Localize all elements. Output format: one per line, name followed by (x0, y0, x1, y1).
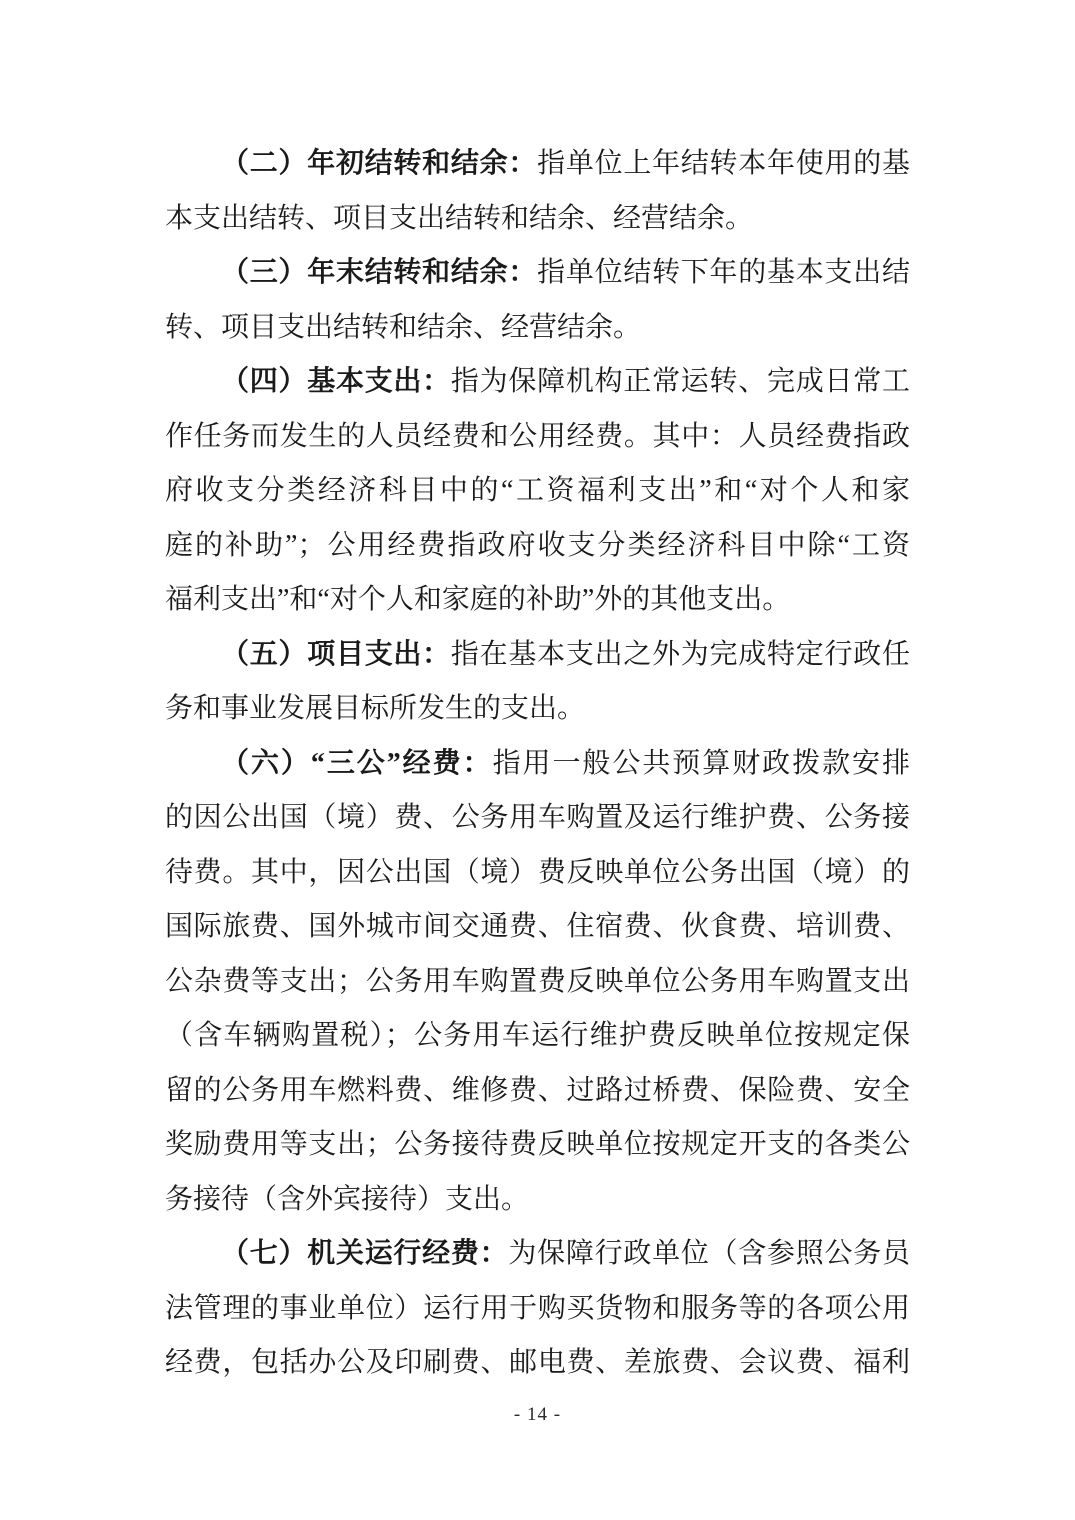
text-line: 作任务而发生的人员经费和公用经费。其中：人员经费指政 (165, 410, 910, 465)
body-segment: 国际旅费、国外城市间交通费、住宿费、伙食费、培训费、 (165, 911, 910, 942)
text-line: 务和事业发展目标所发生的支出。 (165, 682, 910, 737)
text-line: 留的公务用车燃料费、维修费、过路过桥费、保险费、安全 (165, 1064, 910, 1119)
body-segment: 务和事业发展目标所发生的支出。 (165, 693, 585, 724)
text-line: （七）机关运行经费：为保障行政单位（含参照公务员 (165, 1227, 910, 1282)
text-line: （四）基本支出：指为保障机构正常运转、完成日常工 (165, 355, 910, 410)
term-heading: （五）项目支出： (221, 639, 451, 670)
page-footer: - 14 - (0, 1402, 1075, 1428)
body-segment: 留的公务用车燃料费、维修费、过路过桥费、保险费、安全 (165, 1075, 910, 1106)
term-heading: （二）年初结转和结余： (221, 148, 537, 179)
text-line: 奖励费用等支出；公务接待费反映单位按规定开支的各类公 (165, 1118, 910, 1173)
term-heading: （六）“三公”经费： (221, 748, 493, 779)
text-line: 庭的补助”；公用经费指政府收支分类经济科目中除“工资 (165, 519, 910, 574)
body-segment: 指单位上年结转本年使用的基 (537, 148, 910, 179)
text-line: （二）年初结转和结余：指单位上年结转本年使用的基 (165, 137, 910, 192)
text-line: 府收支分类经济科目中的“工资福利支出”和“对个人和家 (165, 464, 910, 519)
body-segment: 的因公出国（境）费、公务用车购置及运行维护费、公务接 (165, 802, 910, 833)
text-line: 的因公出国（境）费、公务用车购置及运行维护费、公务接 (165, 791, 910, 846)
text-line: 本支出结转、项目支出结转和结余、经营结余。 (165, 192, 910, 247)
text-line: 转、项目支出结转和结余、经营结余。 (165, 301, 910, 356)
body-segment: （含车辆购置税）；公务用车运行维护费反映单位按规定保 (165, 1020, 910, 1051)
body-segment: 指单位结转下年的基本支出结 (537, 257, 910, 288)
body-segment: 作任务而发生的人员经费和公用经费。其中：人员经费指政 (165, 421, 910, 452)
term-heading: （四）基本支出： (221, 366, 451, 397)
body-segment: 指为保障机构正常运转、完成日常工 (451, 366, 910, 397)
body-segment: 待费。其中，因公出国（境）费反映单位公务出国（境）的 (165, 857, 910, 888)
body-segment: 公杂费等支出；公务用车购置费反映单位公务用车购置支出 (165, 966, 910, 997)
body-segment: 法管理的事业单位）运行用于购买货物和服务等的各项公用 (165, 1293, 910, 1324)
text-line: （三）年末结转和结余：指单位结转下年的基本支出结 (165, 246, 910, 301)
body-text: （二）年初结转和结余：指单位上年结转本年使用的基本支出结转、项目支出结转和结余、… (165, 137, 910, 1391)
text-line: 国际旅费、国外城市间交通费、住宿费、伙食费、培训费、 (165, 900, 910, 955)
body-segment: 府收支分类经济科目中的“工资福利支出”和“对个人和家 (165, 475, 910, 506)
text-line: （六）“三公”经费：指用一般公共预算财政拨款安排 (165, 737, 910, 792)
body-segment: 转、项目支出结转和结余、经营结余。 (165, 312, 641, 343)
text-line: 福利支出”和“对个人和家庭的补助”外的其他支出。 (165, 573, 910, 628)
body-segment: 为保障行政单位（含参照公务员 (508, 1238, 910, 1269)
body-segment: 奖励费用等支出；公务接待费反映单位按规定开支的各类公 (165, 1129, 910, 1160)
body-segment: 经费，包括办公及印刷费、邮电费、差旅费、会议费、福利 (165, 1347, 910, 1378)
text-line: （五）项目支出：指在基本支出之外为完成特定行政任 (165, 628, 910, 683)
text-line: 经费，包括办公及印刷费、邮电费、差旅费、会议费、福利 (165, 1336, 910, 1391)
body-segment: 指在基本支出之外为完成特定行政任 (451, 639, 910, 670)
body-segment: 福利支出”和“对个人和家庭的补助”外的其他支出。 (165, 584, 790, 615)
page-number: - 14 - (514, 1404, 561, 1425)
text-line: 待费。其中，因公出国（境）费反映单位公务出国（境）的 (165, 846, 910, 901)
text-line: （含车辆购置税）；公务用车运行维护费反映单位按规定保 (165, 1009, 910, 1064)
body-segment: 务接待（含外宾接待）支出。 (165, 1184, 529, 1215)
term-heading: （三）年末结转和结余： (221, 257, 537, 288)
term-heading: （七）机关运行经费： (221, 1238, 508, 1269)
text-line: 公杂费等支出；公务用车购置费反映单位公务用车购置支出 (165, 955, 910, 1010)
body-segment: 庭的补助”；公用经费指政府收支分类经济科目中除“工资 (165, 530, 910, 561)
body-segment: 指用一般公共预算财政拨款安排 (493, 748, 910, 779)
text-line: 务接待（含外宾接待）支出。 (165, 1173, 910, 1228)
text-line: 法管理的事业单位）运行用于购买货物和服务等的各项公用 (165, 1282, 910, 1337)
body-segment: 本支出结转、项目支出结转和结余、经营结余。 (165, 203, 753, 234)
document-page: （二）年初结转和结余：指单位上年结转本年使用的基本支出结转、项目支出结转和结余、… (0, 0, 1075, 1520)
